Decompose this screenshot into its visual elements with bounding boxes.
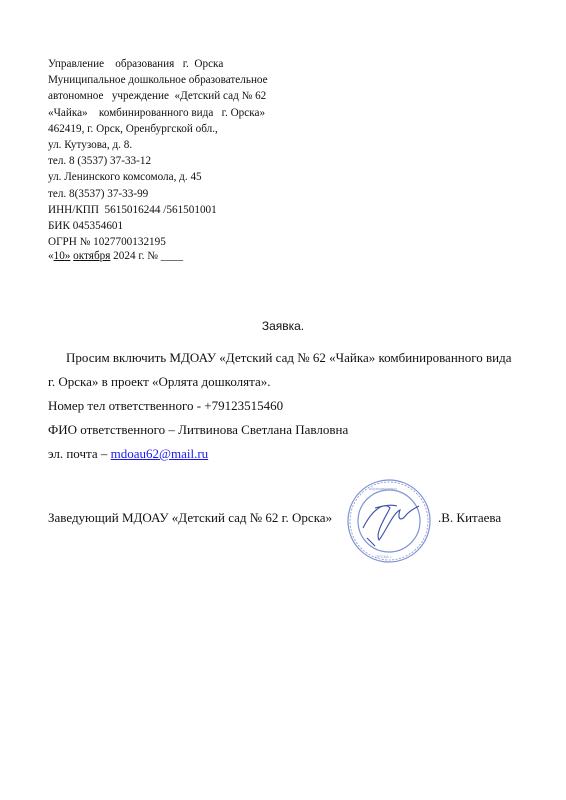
letterhead: Управление образования г. Орска Муниципа… — [48, 56, 268, 250]
quote: » — [65, 250, 71, 262]
letterhead-line: тел. 8 (3537) 37-33-12 — [48, 153, 268, 169]
document-title: Заявка. — [0, 319, 566, 333]
svg-text:ОРСКА •: ОРСКА • — [375, 554, 392, 559]
email-label: эл. почта – — [48, 446, 111, 461]
date-rest: 2024 г. № ____ — [110, 250, 183, 262]
email-line: эл. почта – mdoau62@mail.ru — [48, 442, 518, 466]
signature-position: Заведующий МДОАУ «Детский сад № 62 г. Ор… — [48, 510, 332, 526]
phone-line: Номер тел ответственного - +79123515460 — [48, 394, 518, 418]
letterhead-line: ОГРН № 1027700132195 — [48, 234, 268, 250]
letterhead-line: «Чайка» комбинированного вида г. Орска» — [48, 105, 268, 121]
letterhead-line: Управление образования г. Орска — [48, 56, 268, 72]
date-day: 10 — [54, 250, 65, 262]
letterhead-line: Муниципальное дошкольное образовательное — [48, 72, 268, 88]
letterhead-line: 462419, г. Орск, Оренбургской обл., — [48, 121, 268, 137]
letterhead-line: автономное учреждение «Детский сад № 62 — [48, 88, 268, 104]
letterhead-line: ИНН/КПП 5615016244 /561501001 — [48, 202, 268, 218]
letterhead-line: ул. Ленинского комсомола, д. 45 — [48, 169, 268, 185]
signatory-name: .В. Китаева — [438, 510, 501, 526]
fio-line: ФИО ответственного – Литвинова Светлана … — [48, 418, 518, 442]
svg-text:образовательн: образовательн — [369, 486, 397, 491]
date-month: октября — [73, 250, 110, 262]
document-body: Просим включить МДОАУ «Детский сад № 62 … — [48, 346, 518, 466]
official-stamp-icon: образовательн ОРСКА • — [345, 478, 433, 564]
request-paragraph: Просим включить МДОАУ «Детский сад № 62 … — [48, 346, 518, 394]
letterhead-line: ул. Кутузова, д. 8. — [48, 137, 268, 153]
document-date: «10» октября 2024 г. № ____ — [48, 250, 183, 262]
email-link[interactable]: mdoau62@mail.ru — [111, 446, 209, 461]
letterhead-line: тел. 8(3537) 37-33-99 — [48, 186, 268, 202]
letterhead-line: БИК 045354601 — [48, 218, 268, 234]
